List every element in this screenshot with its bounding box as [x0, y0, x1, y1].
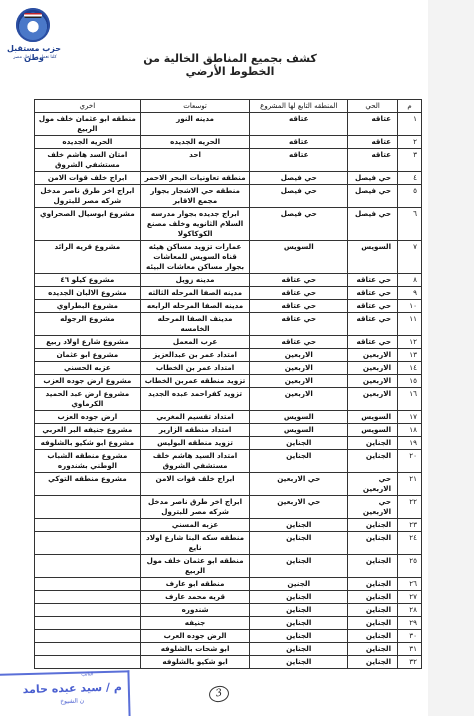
- table-row: ١٣الاربعينالاربعينامتداد عمر بن عبدالعزي…: [35, 349, 422, 362]
- cell-number: ٤: [398, 172, 422, 185]
- cell-region: الجناين: [250, 656, 348, 669]
- cell-other: مشروع ابو شكيو بالشلوفه: [35, 437, 141, 450]
- cell-region: حي فيصل: [250, 185, 348, 208]
- cell-district: حي فيصل: [348, 172, 398, 185]
- cell-number: ١٠: [398, 300, 422, 313]
- table-row: ٨حي عتاقهحي عتاقهمدينه زويلمشروع كيلو ٤٦: [35, 274, 422, 287]
- cell-number: ٥: [398, 185, 422, 208]
- cell-number: ٢١: [398, 473, 422, 496]
- cell-other: عزبه الحسني: [35, 362, 141, 375]
- cell-region: حي الاربعين: [250, 473, 348, 496]
- cell-expansions: امتداد تقسيم المغربي: [140, 411, 250, 424]
- table-row: ٣٢الجناينالجناينابو شكيو بالشلوفه: [35, 656, 422, 669]
- cell-other: مشروع الرجوله: [35, 313, 141, 336]
- cell-expansions: امتداد عمر بن عبدالعزيز: [140, 349, 250, 362]
- table-row: ١عتاقهعتاقهمدينه النورمنطقه ابو عثمان خل…: [35, 113, 422, 136]
- cell-district: الاربعين: [348, 349, 398, 362]
- cell-number: ٢٩: [398, 617, 422, 630]
- table-row: ٢١حي الاربعينحي الاربعينابراج خلف قوات ا…: [35, 473, 422, 496]
- cell-expansions: شندوره: [140, 604, 250, 617]
- cell-district: حي عتاقه: [348, 274, 398, 287]
- stamp-role: النائب: [81, 671, 93, 677]
- cell-other: [35, 604, 141, 617]
- cell-other: [35, 496, 141, 519]
- cell-expansions: عزبه المسني: [140, 519, 250, 532]
- cell-region: الجناين: [250, 630, 348, 643]
- cell-expansions: منطقه حي الاشجار بجوار مجمع الاقابر: [140, 185, 250, 208]
- cell-other: [35, 656, 141, 669]
- cell-region: حي عتاقه: [250, 313, 348, 336]
- cell-region: الجناين: [250, 555, 348, 578]
- table-row: ٢٧الجناينالجناينقريه محمد عارف: [35, 591, 422, 604]
- cell-other: [35, 630, 141, 643]
- cell-other: مشروع الالبان الجديده: [35, 287, 141, 300]
- table-row: ٢٢حي الاربعينحي الاربعينابراج اخر طرق نا…: [35, 496, 422, 519]
- cell-expansions: ابراج اخر طرق ناصر مدخل شركه مصر للبترول: [140, 496, 250, 519]
- cell-region: حي فيصل: [250, 172, 348, 185]
- cell-expansions: مدينه الصفا المرحله الثالثه: [140, 287, 250, 300]
- cell-number: ١٦: [398, 388, 422, 411]
- official-stamp: النائب م / سيد عبده حامد ن الشيوخ: [0, 670, 131, 716]
- cell-expansions: الرض جوده العرب: [140, 630, 250, 643]
- cell-expansions: جنيفه: [140, 617, 250, 630]
- cell-expansions: ابو شكيو بالشلوفه: [140, 656, 250, 669]
- cell-other: مشروع جنيفه البر العربي: [35, 424, 141, 437]
- cell-other: مشروع ارض جوده العزب: [35, 375, 141, 388]
- cell-region: حي عتاقه: [250, 274, 348, 287]
- cell-region: حي عتاقه: [250, 336, 348, 349]
- table-row: ٩حي عتاقهحي عتاقهمدينه الصفا المرحله الث…: [35, 287, 422, 300]
- cell-district: الجناين: [348, 591, 398, 604]
- cell-other: مشروع منطقه التوكي: [35, 473, 141, 496]
- cell-district: عتاقه: [348, 149, 398, 172]
- cell-number: ١٨: [398, 424, 422, 437]
- cell-expansions: تزويد كفراحمد عبده الجديد: [140, 388, 250, 411]
- cell-expansions: احد: [140, 149, 250, 172]
- cell-number: ٢٠: [398, 450, 422, 473]
- cell-region: الاربعين: [250, 349, 348, 362]
- table-header-row: م الحي المنطقه التابع لها المشروع توسعات…: [35, 100, 422, 113]
- cell-district: حي عتاقه: [348, 300, 398, 313]
- cell-expansions: منطقه سكه البنا شارع اولاد نايع: [140, 532, 250, 555]
- table-row: ٥حي فيصلحي فيصلمنطقه حي الاشجار بجوار مج…: [35, 185, 422, 208]
- cell-number: ٢٣: [398, 519, 422, 532]
- cell-district: الجناين: [348, 532, 398, 555]
- cell-district: السويس: [348, 411, 398, 424]
- cell-number: ٣: [398, 149, 422, 172]
- table-row: ١٩الجناينالجناينتزويد منطقه البوليسمشروع…: [35, 437, 422, 450]
- cell-region: حي فيصل: [250, 208, 348, 241]
- cell-other: مشروع قريه الرائد: [35, 241, 141, 274]
- cell-number: ١١: [398, 313, 422, 336]
- cell-region: الاربعين: [250, 362, 348, 375]
- cell-number: ١٩: [398, 437, 422, 450]
- cell-expansions: الحريه الجديده: [140, 136, 250, 149]
- cell-region: الاربعين: [250, 388, 348, 411]
- egypt-flag-icon: [24, 13, 42, 18]
- cell-expansions: مدينف الصفا المرحله الخامسه: [140, 313, 250, 336]
- cell-district: الجناين: [348, 604, 398, 617]
- cell-district: حي عتاقه: [348, 287, 398, 300]
- col-header-other: اخري: [35, 100, 141, 113]
- table-row: ٧السويسالسويسعمارات تزويد مساكن هيئه قنا…: [35, 241, 422, 274]
- cell-number: ٧: [398, 241, 422, 274]
- col-header-region: المنطقه التابع لها المشروع: [250, 100, 348, 113]
- cell-number: ١٢: [398, 336, 422, 349]
- table-row: ٢٣الجناينالجناينعزبه المسني: [35, 519, 422, 532]
- cell-other: [35, 532, 141, 555]
- cell-number: ١: [398, 113, 422, 136]
- cell-expansions: امتداد السيد هاشم خلف مستشفي الشروق: [140, 450, 250, 473]
- cell-region: الجناين: [250, 437, 348, 450]
- cell-expansions: ابو شحات بالشلوفه: [140, 643, 250, 656]
- cell-district: حي فيصل: [348, 208, 398, 241]
- table-row: ٢٥الجناينالجناينمنطقه ابو عثمان خلف مول …: [35, 555, 422, 578]
- cell-expansions: ابراج خلف قوات الامن: [140, 473, 250, 496]
- cell-number: ٩: [398, 287, 422, 300]
- table-row: ٣عتاقهعتاقهاحدامتان السد هاشم خلف مستشفي…: [35, 149, 422, 172]
- col-header-expansions: توسعات: [140, 100, 250, 113]
- cell-other: مشروع ابوسيال الصحراوي: [35, 208, 141, 241]
- table-row: ٢٩الجناينالجناينجنيفه: [35, 617, 422, 630]
- cell-other: امتان السد هاشم خلف مستشفي الشروق: [35, 149, 141, 172]
- col-header-number: م: [398, 100, 422, 113]
- cell-other: [35, 643, 141, 656]
- cell-district: الجناين: [348, 437, 398, 450]
- cell-expansions: مدينه زويل: [140, 274, 250, 287]
- table-row: ٣١الجناينالجناينابو شحات بالشلوفه: [35, 643, 422, 656]
- table-row: ٢٦الجناينالجنينمنطقه ابو عارف: [35, 578, 422, 591]
- cell-expansions: تزويد منطقه البوليس: [140, 437, 250, 450]
- cell-district: الجناين: [348, 555, 398, 578]
- cell-district: حي فيصل: [348, 185, 398, 208]
- table-row: ١٧السويسالسويسامتداد تقسيم المغربيارض جو…: [35, 411, 422, 424]
- cell-region: حي الاربعين: [250, 496, 348, 519]
- cell-region: السويس: [250, 411, 348, 424]
- cell-district: عتاقه: [348, 113, 398, 136]
- cell-number: ١٤: [398, 362, 422, 375]
- table-row: ١٥الاربعينالاربعينتزويد منطقه عمربن الخط…: [35, 375, 422, 388]
- cell-expansions: منطقه ابو عثمان خلف مول الربيع: [140, 555, 250, 578]
- cell-district: الجناين: [348, 630, 398, 643]
- table-row: ١٦الاربعينالاربعينتزويد كفراحمد عبده الج…: [35, 388, 422, 411]
- stamp-office: ن الشيوخ: [60, 698, 84, 706]
- table-row: ٦حي فيصلحي فيصلابراج جديده بجوار مدرسه ا…: [35, 208, 422, 241]
- cell-other: [35, 555, 141, 578]
- cell-number: ٣٠: [398, 630, 422, 643]
- cell-number: ٢٤: [398, 532, 422, 555]
- cell-number: ٢٧: [398, 591, 422, 604]
- cell-other: ابراج خلف قوات الامن: [35, 172, 141, 185]
- cell-district: الجناين: [348, 450, 398, 473]
- cell-expansions: تزويد منطقه عمربن الخطاب: [140, 375, 250, 388]
- cell-district: حي الاربعين: [348, 496, 398, 519]
- table-body: ١عتاقهعتاقهمدينه النورمنطقه ابو عثمان خل…: [35, 113, 422, 669]
- party-slogan: كلنا نعمل من اجل مصر: [8, 55, 62, 60]
- table-row: ٢٨الجناينالجناينشندوره: [35, 604, 422, 617]
- cell-district: الاربعين: [348, 388, 398, 411]
- cell-other: ارض جوده العزب: [35, 411, 141, 424]
- cell-district: حي الاربعين: [348, 473, 398, 496]
- cell-region: السويس: [250, 241, 348, 274]
- cell-region: عتاقه: [250, 136, 348, 149]
- cell-other: [35, 591, 141, 604]
- cell-other: الحريه الجديده: [35, 136, 141, 149]
- cell-number: ٢٨: [398, 604, 422, 617]
- party-logo: حزب مستقبل وطن كلنا نعمل من اجل مصر: [6, 8, 58, 68]
- cell-other: مشروع منطقه الشباب الوطني بشندوره: [35, 450, 141, 473]
- cell-other: منطقه ابو عثمان خلف مول الربيع: [35, 113, 141, 136]
- cell-region: السويس: [250, 424, 348, 437]
- cell-region: الجناين: [250, 519, 348, 532]
- cell-other: [35, 578, 141, 591]
- cell-number: ٣٢: [398, 656, 422, 669]
- cell-number: ٨: [398, 274, 422, 287]
- table-row: ١٨السويسالسويسامتداد منطقه الزاريرمشروع …: [35, 424, 422, 437]
- cell-number: ٢٦: [398, 578, 422, 591]
- table-row: ٢٤الجناينالجناينمنطقه سكه البنا شارع اول…: [35, 532, 422, 555]
- cell-district: الجناين: [348, 643, 398, 656]
- cell-district: الاربعين: [348, 375, 398, 388]
- table-row: ٣٠الجناينالجناينالرض جوده العرب: [35, 630, 422, 643]
- cell-district: الاربعين: [348, 362, 398, 375]
- page-number: 3: [208, 684, 230, 703]
- cell-number: ١٥: [398, 375, 422, 388]
- cell-expansions: عمارات تزويد مساكن هيئه قناه السويس للمع…: [140, 241, 250, 274]
- cell-region: حي عتاقه: [250, 287, 348, 300]
- areas-table: م الحي المنطقه التابع لها المشروع توسعات…: [34, 99, 422, 669]
- cell-other: مشروع كيلو ٤٦: [35, 274, 141, 287]
- cell-region: الجنين: [250, 578, 348, 591]
- cell-other: مشروع ارض عبد الحميد الكرماوي: [35, 388, 141, 411]
- cell-expansions: امتداد منطقه الزارير: [140, 424, 250, 437]
- cell-number: ٣١: [398, 643, 422, 656]
- cell-region: الجناين: [250, 450, 348, 473]
- cell-expansions: منطقه تعاونيات البحر الاحمر: [140, 172, 250, 185]
- cell-other: [35, 519, 141, 532]
- cell-number: ٦: [398, 208, 422, 241]
- cell-number: ١٧: [398, 411, 422, 424]
- table-row: ٢٠الجناينالجناينامتداد السيد هاشم خلف مس…: [35, 450, 422, 473]
- cell-region: الاربعين: [250, 375, 348, 388]
- col-header-district: الحي: [348, 100, 398, 113]
- document-title: كشف بجميع المناطق الخالية من الخطوط الأر…: [120, 52, 340, 78]
- cell-region: عتاقه: [250, 113, 348, 136]
- cell-expansions: منطقه ابو عارف: [140, 578, 250, 591]
- cell-number: ٢٥: [398, 555, 422, 578]
- cell-region: عتاقه: [250, 149, 348, 172]
- cell-district: الجناين: [348, 519, 398, 532]
- document-page: حزب مستقبل وطن كلنا نعمل من اجل مصر كشف …: [0, 0, 428, 716]
- table-row: ١١حي عتاقهحي عتاقهمدينف الصفا المرحله ال…: [35, 313, 422, 336]
- table-row: ٤حي فيصلحي فيصلمنطقه تعاونيات البحر الاح…: [35, 172, 422, 185]
- cell-region: حي عتاقه: [250, 300, 348, 313]
- cell-other: ابراج اخر طرق ناصر مدخل شركه مصر للبترول: [35, 185, 141, 208]
- cell-district: السويس: [348, 241, 398, 274]
- cell-district: حي عتاقه: [348, 336, 398, 349]
- cell-district: الجناين: [348, 617, 398, 630]
- cell-district: السويس: [348, 424, 398, 437]
- cell-other: مشروع ابو عثمان: [35, 349, 141, 362]
- table-row: ١٢حي عتاقهحي عتاقهعرب المعملمشروع شارع ا…: [35, 336, 422, 349]
- cell-region: الجناين: [250, 591, 348, 604]
- cell-expansions: مدينه النور: [140, 113, 250, 136]
- cell-other: مشروع شارع اولاد ربيع: [35, 336, 141, 349]
- cell-district: الجناين: [348, 656, 398, 669]
- cell-number: ١٣: [398, 349, 422, 362]
- cell-district: عتاقه: [348, 136, 398, 149]
- stamp-name: م / سيد عبده حامد: [23, 681, 122, 697]
- cell-district: الجناين: [348, 578, 398, 591]
- table-row: ٢عتاقهعتاقهالحريه الجديدهالحريه الجديده: [35, 136, 422, 149]
- cell-expansions: ابراج جديده بجوار مدرسه السلام الثانويه …: [140, 208, 250, 241]
- cell-expansions: عرب المعمل: [140, 336, 250, 349]
- cell-number: ٢٢: [398, 496, 422, 519]
- cell-other: [35, 617, 141, 630]
- cell-region: الجناين: [250, 643, 348, 656]
- cell-number: ٢: [398, 136, 422, 149]
- cell-district: حي عتاقه: [348, 313, 398, 336]
- cell-other: مشروع البطراوي: [35, 300, 141, 313]
- cell-expansions: مدينه الصفا المرحله الرابعه: [140, 300, 250, 313]
- cell-region: الجناين: [250, 604, 348, 617]
- cell-region: الجناين: [250, 617, 348, 630]
- cell-expansions: امتداد عمر بن الخطاب: [140, 362, 250, 375]
- cell-region: الجناين: [250, 532, 348, 555]
- table-row: ١٤الاربعينالاربعينامتداد عمر بن الخطابعز…: [35, 362, 422, 375]
- table-row: ١٠حي عتاقهحي عتاقهمدينه الصفا المرحله ال…: [35, 300, 422, 313]
- cell-expansions: قريه محمد عارف: [140, 591, 250, 604]
